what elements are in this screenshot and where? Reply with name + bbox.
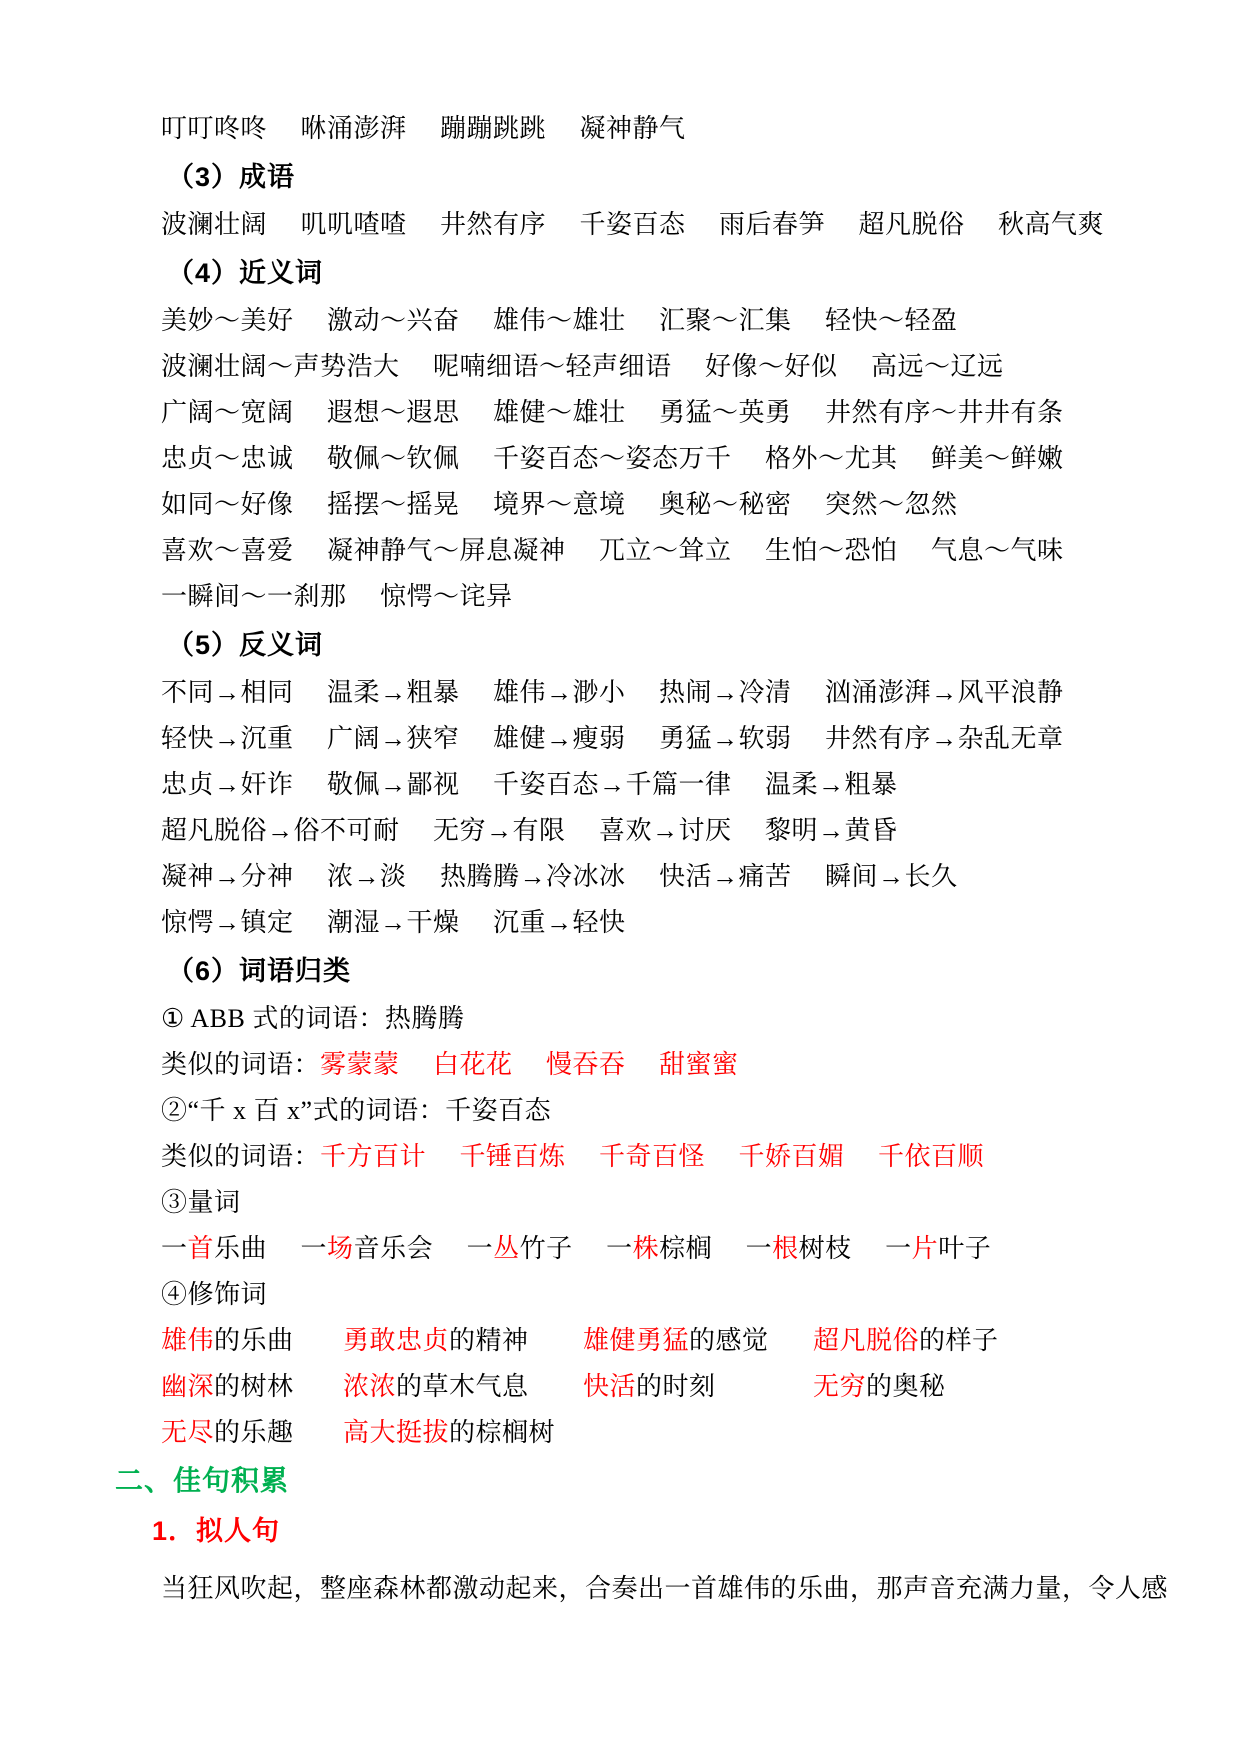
highlighted-word: 雄伟 bbox=[161, 1326, 214, 1355]
text-run: 的感觉 bbox=[689, 1326, 769, 1355]
phrase-cell: 高大挺拔的棕榈树 bbox=[343, 1410, 583, 1456]
text-line: 不同→相同 温柔→粗暴 雄伟→渺小 热闹→冷清 汹涌澎湃→风平浪静 bbox=[161, 670, 1171, 716]
highlighted-word: 超凡脱俗 bbox=[813, 1326, 919, 1355]
highlighted-word: 场 bbox=[327, 1234, 354, 1263]
text-line: 一首乐曲 一场音乐会 一丛竹子 一株棕榈 一根树枝 一片叶子 bbox=[161, 1226, 1171, 1272]
text-run: 树枝 一 bbox=[799, 1234, 912, 1263]
text-run: 棕榈 一 bbox=[659, 1234, 772, 1263]
text-run: （4）近义词 bbox=[167, 258, 323, 288]
text-line: ③量词 bbox=[161, 1180, 1171, 1226]
phrase-cell: 超凡脱俗的样子 bbox=[813, 1318, 999, 1364]
text-run: 惊愕→镇定 潮湿→干燥 沉重→轻快 bbox=[161, 908, 626, 937]
highlighted-word: 雄健勇猛 bbox=[583, 1326, 689, 1355]
subsection-heading: 1．拟人句 bbox=[152, 1506, 1171, 1556]
text-line: 忠贞→奸诈 敬佩→鄙视 千姿百态→千篇一律 温柔→粗暴 bbox=[161, 762, 1171, 808]
text-run: 的精神 bbox=[449, 1326, 529, 1355]
text-run: 的时刻 bbox=[636, 1372, 716, 1401]
text-run: （3）成语 bbox=[167, 162, 295, 192]
text-run: 波澜壮阔 叽叽喳喳 井然有序 千姿百态 雨后春笋 超凡脱俗 秋高气爽 bbox=[161, 210, 1104, 239]
text-run: 忠贞～忠诚 敬佩～钦佩 千姿百态～姿态万千 格外～尤其 鲜美～鲜嫩 bbox=[161, 444, 1064, 473]
text-line: ④修饰词 bbox=[161, 1272, 1171, 1318]
text-run: 的奥秘 bbox=[866, 1372, 946, 1401]
highlighted-word: 片 bbox=[912, 1234, 939, 1263]
text-run: 当狂风吹起，整座森林都激动起来，合奏出一首雄伟的乐曲，那声音充满力量，令人感 bbox=[161, 1574, 1168, 1603]
text-line: 类似的词语：千方百计 千锤百炼 千奇百怪 千娇百媚 千依百顺 bbox=[161, 1134, 1171, 1180]
text-run: 忠贞→奸诈 敬佩→鄙视 千姿百态→千篇一律 温柔→粗暴 bbox=[161, 770, 898, 799]
text-line: 波澜壮阔～声势浩大 呢喃细语～轻声细语 好像～好似 高远～辽远 bbox=[161, 344, 1171, 390]
highlighted-word: 雾蒙蒙 白花花 慢吞吞 甜蜜蜜 bbox=[320, 1050, 739, 1079]
text-line: 超凡脱俗→俗不可耐 无穷→有限 喜欢→讨厌 黎明→黄昏 bbox=[161, 808, 1171, 854]
highlighted-word: 浓浓 bbox=[343, 1372, 396, 1401]
highlighted-word: 勇敢忠贞 bbox=[343, 1326, 449, 1355]
text-run: 轻快→沉重 广阔→狭窄 雄健→瘦弱 勇猛→软弱 井然有序→杂乱无章 bbox=[161, 724, 1064, 753]
text-line: 当狂风吹起，整座森林都激动起来，合奏出一首雄伟的乐曲，那声音充满力量，令人感 bbox=[161, 1566, 1171, 1612]
section-heading: （5）反义词 bbox=[167, 620, 1171, 670]
text-run: 超凡脱俗→俗不可耐 无穷→有限 喜欢→讨厌 黎明→黄昏 bbox=[161, 816, 898, 845]
text-run: 乐曲 一 bbox=[214, 1234, 327, 1263]
text-run: 的棕榈树 bbox=[449, 1418, 555, 1447]
text-run: ②“千 x 百 x”式的词语：千姿百态 bbox=[161, 1096, 551, 1125]
phrase-cell: 无穷的奥秘 bbox=[813, 1364, 946, 1410]
highlighted-word: 快活 bbox=[583, 1372, 636, 1401]
document-page: 叮叮咚咚 咻涌澎湃 蹦蹦跳跳 凝神静气（3）成语波澜壮阔 叽叽喳喳 井然有序 千… bbox=[0, 0, 1241, 1754]
text-run: ① ABB 式的词语：热腾腾 bbox=[161, 1004, 464, 1033]
text-run: 的样子 bbox=[919, 1326, 999, 1355]
text-line: 忠贞～忠诚 敬佩～钦佩 千姿百态～姿态万千 格外～尤其 鲜美～鲜嫩 bbox=[161, 436, 1171, 482]
text-run: 一 bbox=[161, 1234, 188, 1263]
text-line: 如同～好像 摇摆～摇晃 境界～意境 奥秘～秘密 突然～忽然 bbox=[161, 482, 1171, 528]
text-line: 喜欢～喜爱 凝神静气～屏息凝神 兀立～耸立 生怕～恐怕 气息～气味 bbox=[161, 528, 1171, 574]
highlighted-word: 千方百计 千锤百炼 千奇百怪 千娇百媚 千依百顺 bbox=[320, 1142, 984, 1171]
phrase-cell: 勇敢忠贞的精神 bbox=[343, 1318, 583, 1364]
text-run: 的草木气息 bbox=[396, 1372, 529, 1401]
section-heading: （4）近义词 bbox=[167, 248, 1171, 298]
highlighted-word: 丛 bbox=[493, 1234, 520, 1263]
text-line: ① ABB 式的词语：热腾腾 bbox=[161, 996, 1171, 1042]
text-line: 叮叮咚咚 咻涌澎湃 蹦蹦跳跳 凝神静气 bbox=[161, 106, 1171, 152]
text-line: 波澜壮阔 叽叽喳喳 井然有序 千姿百态 雨后春笋 超凡脱俗 秋高气爽 bbox=[161, 202, 1171, 248]
section-heading: （3）成语 bbox=[167, 152, 1171, 202]
highlighted-word: 首 bbox=[188, 1234, 215, 1263]
highlighted-word: 幽深 bbox=[161, 1372, 214, 1401]
text-run: 波澜壮阔～声势浩大 呢喃细语～轻声细语 好像～好似 高远～辽远 bbox=[161, 352, 1004, 381]
text-run: 凝神→分神 浓→淡 热腾腾→冷冰冰 快活→痛苦 瞬间→长久 bbox=[161, 862, 958, 891]
document-body: 叮叮咚咚 咻涌澎湃 蹦蹦跳跳 凝神静气（3）成语波澜壮阔 叽叽喳喳 井然有序 千… bbox=[115, 106, 1171, 1612]
text-line: 一瞬间～一刹那 惊愕～诧异 bbox=[161, 574, 1171, 620]
text-run: 喜欢～喜爱 凝神静气～屏息凝神 兀立～耸立 生怕～恐怕 气息～气味 bbox=[161, 536, 1064, 565]
text-run: 类似的词语： bbox=[161, 1142, 320, 1171]
text-line: 凝神→分神 浓→淡 热腾腾→冷冰冰 快活→痛苦 瞬间→长久 bbox=[161, 854, 1171, 900]
highlighted-word: 高大挺拔 bbox=[343, 1418, 449, 1447]
phrase-cell: 幽深的树林 bbox=[161, 1364, 343, 1410]
highlighted-word: 株 bbox=[633, 1234, 660, 1263]
text-line: 美妙～美好 激动～兴奋 雄伟～雄壮 汇聚～汇集 轻快～轻盈 bbox=[161, 298, 1171, 344]
phrase-cell: 快活的时刻 bbox=[583, 1364, 813, 1410]
phrase-cell: 雄健勇猛的感觉 bbox=[583, 1318, 813, 1364]
text-run: 叮叮咚咚 咻涌澎湃 蹦蹦跳跳 凝神静气 bbox=[161, 114, 686, 143]
text-run: 的乐趣 bbox=[214, 1418, 294, 1447]
text-line: 轻快→沉重 广阔→狭窄 雄健→瘦弱 勇猛→软弱 井然有序→杂乱无章 bbox=[161, 716, 1171, 762]
section-heading: （6）词语归类 bbox=[167, 946, 1171, 996]
text-run: ④修饰词 bbox=[161, 1280, 267, 1309]
chapter-heading: 二、佳句积累 bbox=[115, 1456, 1171, 1506]
text-run: 1．拟人句 bbox=[152, 1516, 280, 1546]
text-run: （5）反义词 bbox=[167, 630, 323, 660]
phrase-cell: 无尽的乐趣 bbox=[161, 1410, 343, 1456]
text-run: 音乐会 一 bbox=[354, 1234, 494, 1263]
text-run: （6）词语归类 bbox=[167, 956, 351, 986]
highlighted-word: 无尽 bbox=[161, 1418, 214, 1447]
text-run: 叶子 bbox=[938, 1234, 991, 1263]
text-run: 不同→相同 温柔→粗暴 雄伟→渺小 热闹→冷清 汹涌澎湃→风平浪静 bbox=[161, 678, 1064, 707]
text-run: 一瞬间～一刹那 惊愕～诧异 bbox=[161, 582, 513, 611]
text-line: 幽深的树林浓浓的草木气息快活的时刻无穷的奥秘 bbox=[161, 1364, 1171, 1410]
text-run: 的树林 bbox=[214, 1372, 294, 1401]
highlighted-word: 根 bbox=[772, 1234, 799, 1263]
text-line: 无尽的乐趣高大挺拔的棕榈树 bbox=[161, 1410, 1171, 1456]
text-run: 广阔～宽阔 遐想～遐思 雄健～雄壮 勇猛～英勇 井然有序～井井有条 bbox=[161, 398, 1064, 427]
text-line: 类似的词语：雾蒙蒙 白花花 慢吞吞 甜蜜蜜 bbox=[161, 1042, 1171, 1088]
text-run: 美妙～美好 激动～兴奋 雄伟～雄壮 汇聚～汇集 轻快～轻盈 bbox=[161, 306, 958, 335]
text-run: 竹子 一 bbox=[520, 1234, 633, 1263]
text-run: ③量词 bbox=[161, 1188, 241, 1217]
text-line: 广阔～宽阔 遐想～遐思 雄健～雄壮 勇猛～英勇 井然有序～井井有条 bbox=[161, 390, 1171, 436]
phrase-cell: 浓浓的草木气息 bbox=[343, 1364, 583, 1410]
highlighted-word: 无穷 bbox=[813, 1372, 866, 1401]
text-run: 的乐曲 bbox=[214, 1326, 294, 1355]
text-run: 二、佳句积累 bbox=[115, 1465, 289, 1496]
text-line: 雄伟的乐曲勇敢忠贞的精神雄健勇猛的感觉超凡脱俗的样子 bbox=[161, 1318, 1171, 1364]
text-run: 类似的词语： bbox=[161, 1050, 320, 1079]
text-line: 惊愕→镇定 潮湿→干燥 沉重→轻快 bbox=[161, 900, 1171, 946]
text-run: 如同～好像 摇摆～摇晃 境界～意境 奥秘～秘密 突然～忽然 bbox=[161, 490, 958, 519]
text-line: ②“千 x 百 x”式的词语：千姿百态 bbox=[161, 1088, 1171, 1134]
phrase-cell: 雄伟的乐曲 bbox=[161, 1318, 343, 1364]
